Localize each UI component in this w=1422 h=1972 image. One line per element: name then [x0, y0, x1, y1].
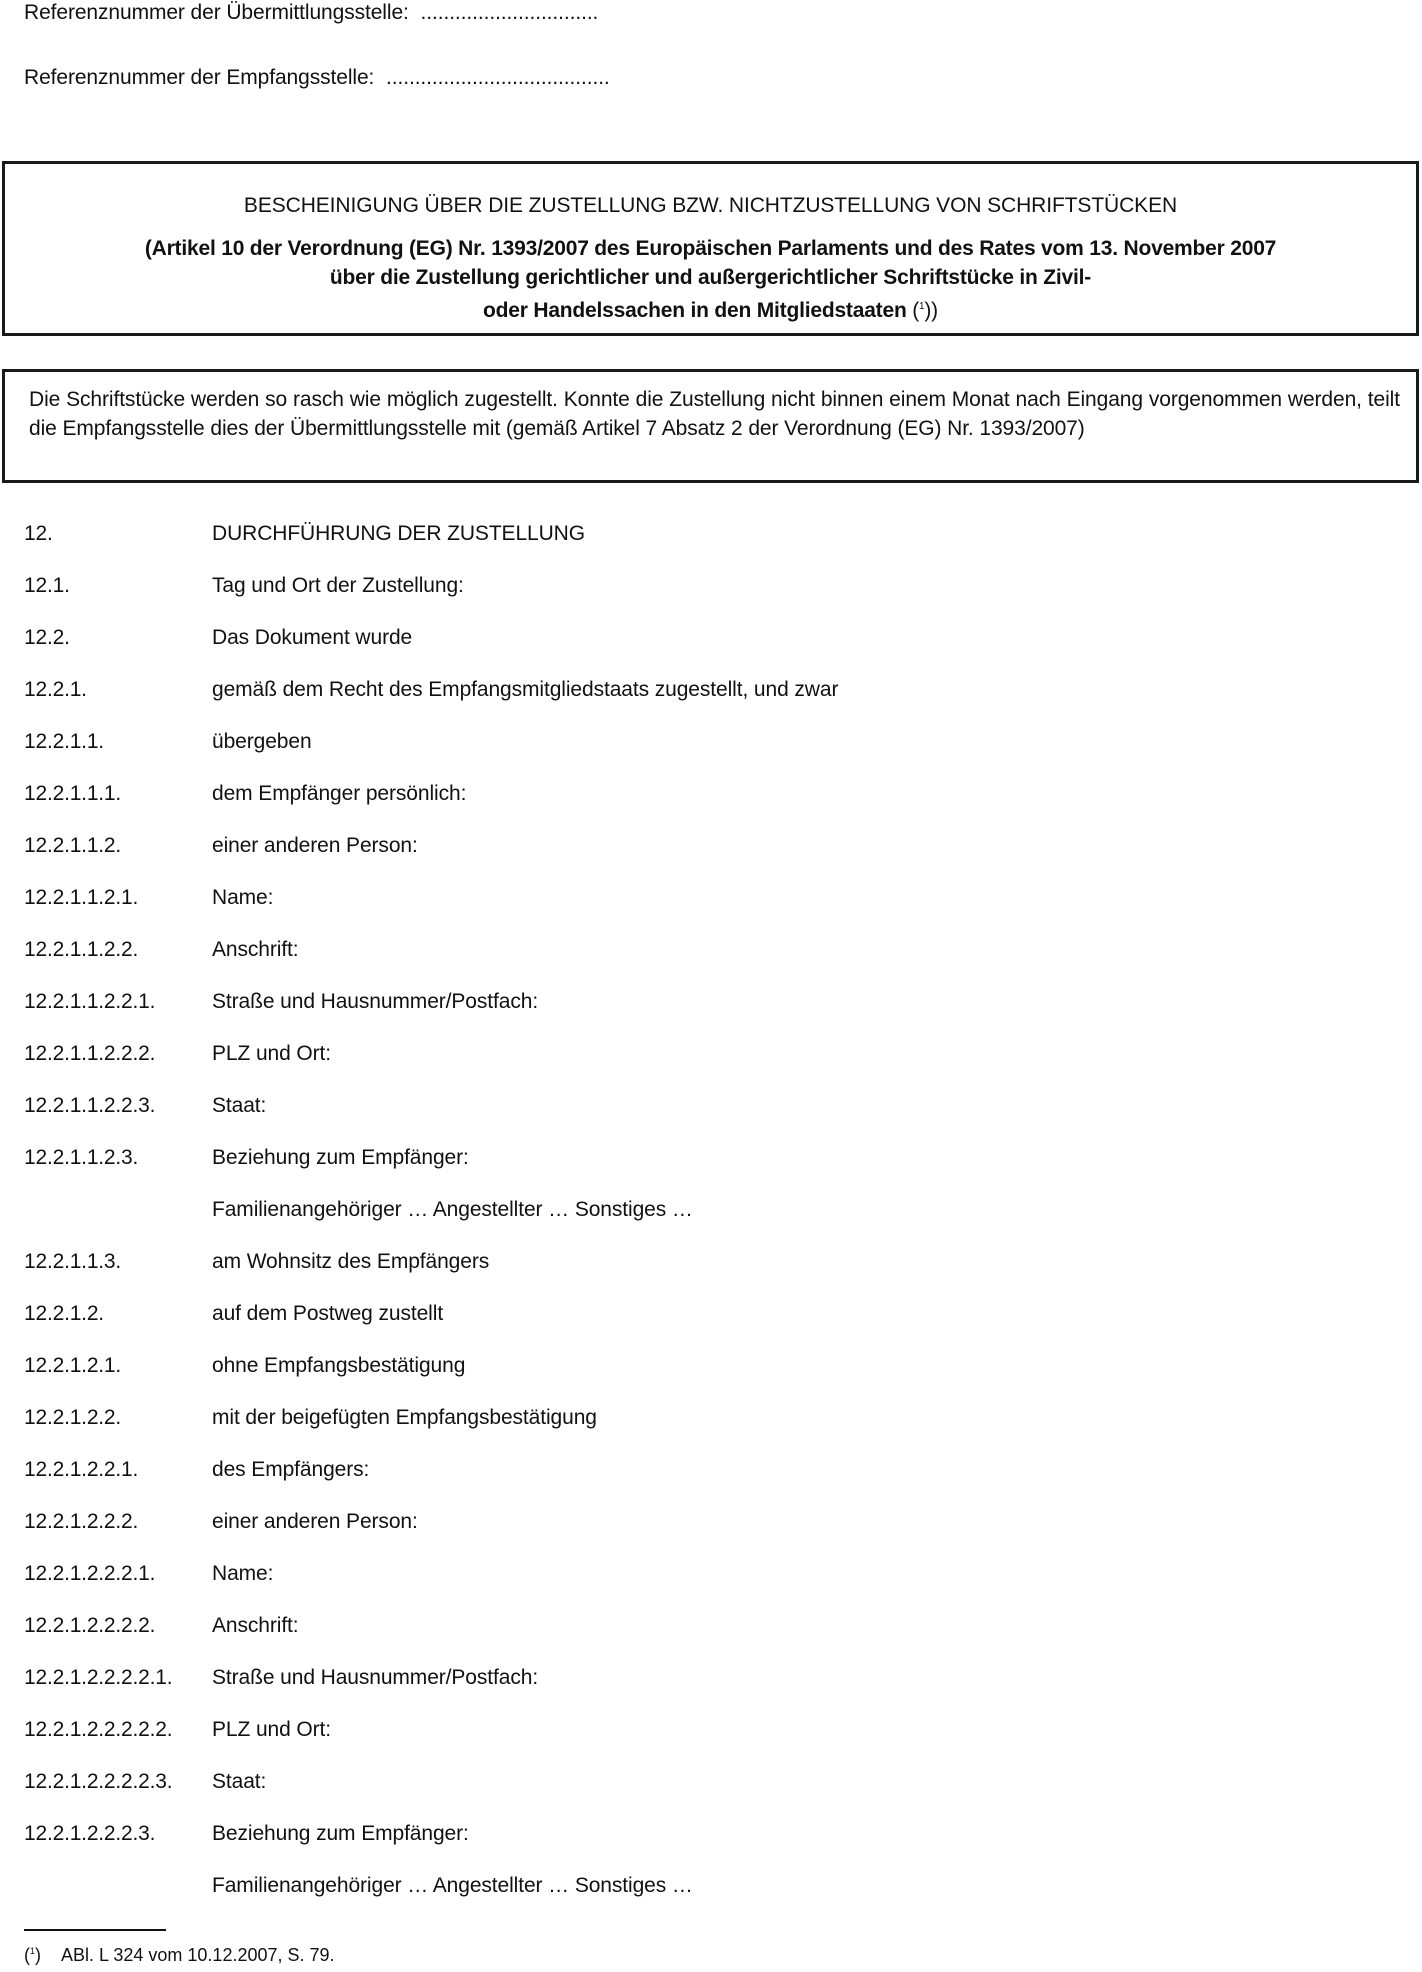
- item-label: PLZ und Ort:: [212, 1718, 331, 1742]
- item-label: gemäß dem Recht des Empfangsmitgliedstaa…: [212, 678, 838, 702]
- item-number: 12.2.1.2.2.2.3.: [24, 1822, 155, 1846]
- item-label: Tag und Ort der Zustellung:: [212, 574, 464, 598]
- item-number: 12.2.1.2.2.2.2.2.: [24, 1718, 172, 1742]
- item-label: Name:: [212, 886, 273, 910]
- item-label: Beziehung zum Empfänger:: [212, 1822, 469, 1846]
- item-label: PLZ und Ort:: [212, 1042, 331, 1066]
- item-number: 12.2.1.1.1.: [24, 782, 121, 806]
- item-label: Straße und Hausnummer/Postfach:: [212, 1666, 538, 1690]
- footnote: (1)ABl. L 324 vom 10.12.2007, S. 79.: [24, 1945, 335, 1966]
- item-number: 12.1.: [24, 574, 70, 598]
- item-label: Staat:: [212, 1770, 266, 1794]
- receiving-agency-reference-field[interactable]: .......................................: [386, 66, 610, 89]
- transmitting-agency-reference: Referenznummer der Übermittlungsstelle: …: [24, 1, 598, 25]
- item-number: 12.2.1.2.2.: [24, 1406, 121, 1430]
- item-label: Anschrift:: [212, 938, 299, 962]
- footnote-mark: (1): [24, 1945, 41, 1965]
- item-label: am Wohnsitz des Empfängers: [212, 1250, 489, 1274]
- item-label: Das Dokument wurde: [212, 626, 412, 650]
- item-label: einer anderen Person:: [212, 834, 418, 858]
- regulation-reference-line-3-text: oder Handelssachen in den Mitgliedstaate…: [483, 299, 907, 322]
- instruction-note-box: Die Schriftstücke werden so rasch wie mö…: [2, 369, 1419, 483]
- item-label: einer anderen Person:: [212, 1510, 418, 1534]
- item-number: 12.2.1.1.2.: [24, 834, 121, 858]
- instruction-note-text: Die Schriftstücke werden so rasch wie mö…: [29, 385, 1400, 443]
- item-number: 12.2.1.1.3.: [24, 1250, 121, 1274]
- item-label: mit der beigefügten Empfangsbestätigung: [212, 1406, 597, 1430]
- receiving-agency-reference-label: Referenznummer der Empfangsstelle:: [24, 66, 374, 89]
- item-label: Staat:: [212, 1094, 266, 1118]
- item-label: dem Empfänger persönlich:: [212, 782, 466, 806]
- item-number: 12.2.1.: [24, 678, 87, 702]
- item-number: 12.2.1.1.2.2.3.: [24, 1094, 155, 1118]
- item-label: ohne Empfangsbestätigung: [212, 1354, 465, 1378]
- item-number: 12.: [24, 522, 53, 546]
- item-number: 12.2.1.2.1.: [24, 1354, 121, 1378]
- certificate-title: BESCHEINIGUNG ÜBER DIE ZUSTELLUNG BZW. N…: [5, 194, 1416, 218]
- item-label: Familienangehöriger … Angestellter … Son…: [212, 1874, 693, 1898]
- item-label: Straße und Hausnummer/Postfach:: [212, 990, 538, 1014]
- footnote-divider: [24, 1929, 166, 1931]
- footnote-reference[interactable]: (1)): [912, 299, 938, 322]
- footnote-text: ABl. L 324 vom 10.12.2007, S. 79.: [61, 1945, 335, 1965]
- item-number: 12.2.1.1.2.2.: [24, 938, 138, 962]
- item-number: 12.2.1.2.: [24, 1302, 104, 1326]
- item-label: des Empfängers:: [212, 1458, 369, 1482]
- item-label: übergeben: [212, 730, 312, 754]
- item-number: 12.2.1.1.2.1.: [24, 886, 138, 910]
- item-label: Name:: [212, 1562, 273, 1586]
- item-number: 12.2.: [24, 626, 70, 650]
- regulation-reference-line-3: oder Handelssachen in den Mitgliedstaate…: [45, 292, 1376, 325]
- item-number: 12.2.1.2.2.2.2.3.: [24, 1770, 172, 1794]
- receiving-agency-reference: Referenznummer der Empfangsstelle: .....…: [24, 66, 610, 90]
- item-number: 12.2.1.2.2.2.2.1.: [24, 1666, 172, 1690]
- item-number: 12.2.1.2.2.2.1.: [24, 1562, 155, 1586]
- certificate-title-box: BESCHEINIGUNG ÜBER DIE ZUSTELLUNG BZW. N…: [2, 161, 1419, 336]
- transmitting-agency-reference-label: Referenznummer der Übermittlungsstelle:: [24, 1, 409, 24]
- item-number: 12.2.1.1.2.3.: [24, 1146, 138, 1170]
- item-label: Beziehung zum Empfänger:: [212, 1146, 469, 1170]
- item-number: 12.2.1.2.2.1.: [24, 1458, 138, 1482]
- item-number: 12.2.1.1.2.2.1.: [24, 990, 155, 1014]
- item-label: Familienangehöriger … Angestellter … Son…: [212, 1198, 693, 1222]
- item-number: 12.2.1.2.2.2.2.: [24, 1614, 155, 1638]
- item-number: 12.2.1.2.2.2.: [24, 1510, 138, 1534]
- regulation-reference: (Artikel 10 der Verordnung (EG) Nr. 1393…: [45, 234, 1376, 325]
- item-label: DURCHFÜHRUNG DER ZUSTELLUNG: [212, 522, 585, 546]
- item-label: auf dem Postweg zustellt: [212, 1302, 443, 1326]
- item-number: 12.2.1.1.: [24, 730, 104, 754]
- transmitting-agency-reference-field[interactable]: ...............................: [421, 1, 599, 24]
- regulation-reference-line-2: über die Zustellung gerichtlicher und au…: [45, 263, 1376, 292]
- item-number: 12.2.1.1.2.2.2.: [24, 1042, 155, 1066]
- item-label: Anschrift:: [212, 1614, 299, 1638]
- regulation-reference-line-1: (Artikel 10 der Verordnung (EG) Nr. 1393…: [45, 234, 1376, 263]
